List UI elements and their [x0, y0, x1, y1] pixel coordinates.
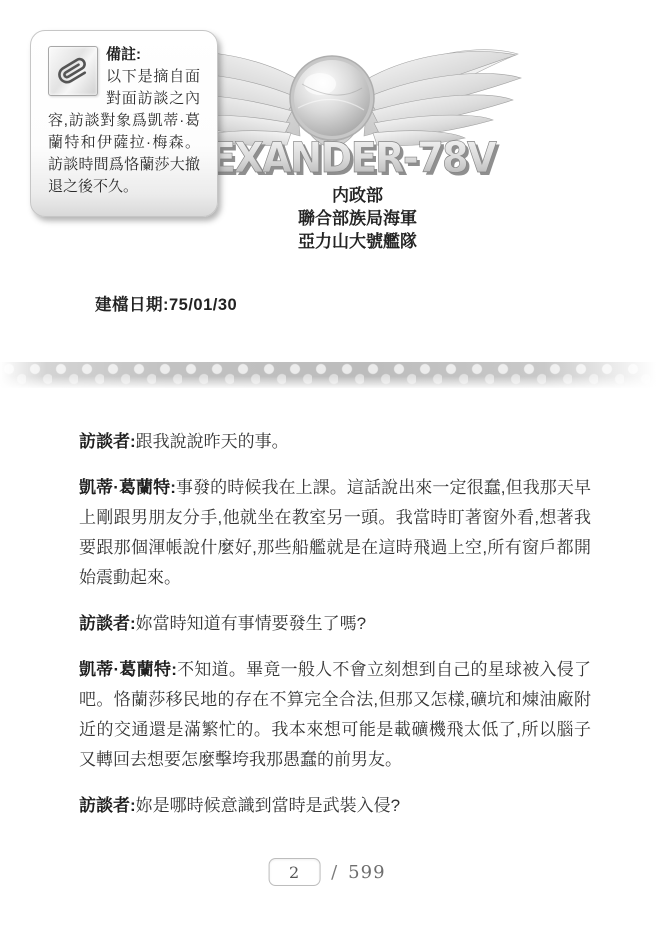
interview-transcript: 訪談者:跟我說說昨天的事。 凱蒂·葛蘭特:事發的時候我在上課。這話說出來一定很蠢… — [79, 427, 591, 837]
note-title: 備註: — [106, 46, 141, 63]
speech-text: 跟我說說昨天的事。 — [136, 432, 289, 451]
transcript-paragraph: 凱蒂·葛蘭特:不知道。畢竟一般人不會立刻想到自己的星球被入侵了吧。恪蘭莎移民地的… — [79, 655, 591, 775]
org-line-ministry: 内政部 — [190, 184, 525, 207]
page-separator: / — [331, 862, 337, 883]
page-number-input[interactable] — [269, 859, 319, 885]
speech-text: 妳當時知道有事情要發生了嗎? — [136, 614, 366, 633]
org-line-fleet: 亞力山大號艦隊 — [190, 230, 525, 253]
org-line-navy: 聯合部族局海軍 — [190, 207, 525, 230]
page-navigation: / 599 — [268, 858, 385, 886]
transcript-paragraph: 訪談者:妳是哪時候意識到當時是武裝入侵? — [79, 791, 591, 821]
note-callout: 備註: 以下是摘自面對面訪談之內容,訪談對象爲凱蒂·葛蘭特和伊薩拉·梅森。訪談時… — [30, 30, 218, 217]
page-total: 599 — [348, 862, 385, 883]
file-date-label: 建檔日期: — [95, 296, 169, 314]
speaker-label: 凱蒂·葛蘭特: — [79, 660, 177, 679]
document-page: ALEXANDER-78V ALEXANDER-78V 備註: 以下是摘自面對面… — [0, 0, 663, 932]
paperclip-icon — [58, 56, 88, 86]
page-number-box — [268, 858, 320, 886]
transcript-paragraph: 訪談者:妳當時知道有事情要發生了嗎? — [79, 609, 591, 639]
speech-text: 妳是哪時候意識到當時是武裝入侵? — [136, 796, 400, 815]
dotted-divider — [0, 362, 663, 388]
transcript-paragraph: 凱蒂·葛蘭特:事發的時候我在上課。這話說出來一定很蠢,但我那天早上剛跟男朋友分手… — [79, 473, 591, 593]
speaker-label: 訪談者: — [79, 614, 136, 633]
speaker-label: 訪談者: — [79, 432, 136, 451]
speaker-label: 凱蒂·葛蘭特: — [79, 478, 176, 497]
file-date: 建檔日期:75/01/30 — [95, 291, 237, 315]
attachment-button[interactable] — [48, 46, 98, 96]
transcript-paragraph: 訪談者:跟我說說昨天的事。 — [79, 427, 591, 457]
org-header: 内政部 聯合部族局海軍 亞力山大號艦隊 — [190, 184, 525, 253]
speaker-label: 訪談者: — [79, 796, 136, 815]
file-date-value: 75/01/30 — [169, 296, 237, 314]
